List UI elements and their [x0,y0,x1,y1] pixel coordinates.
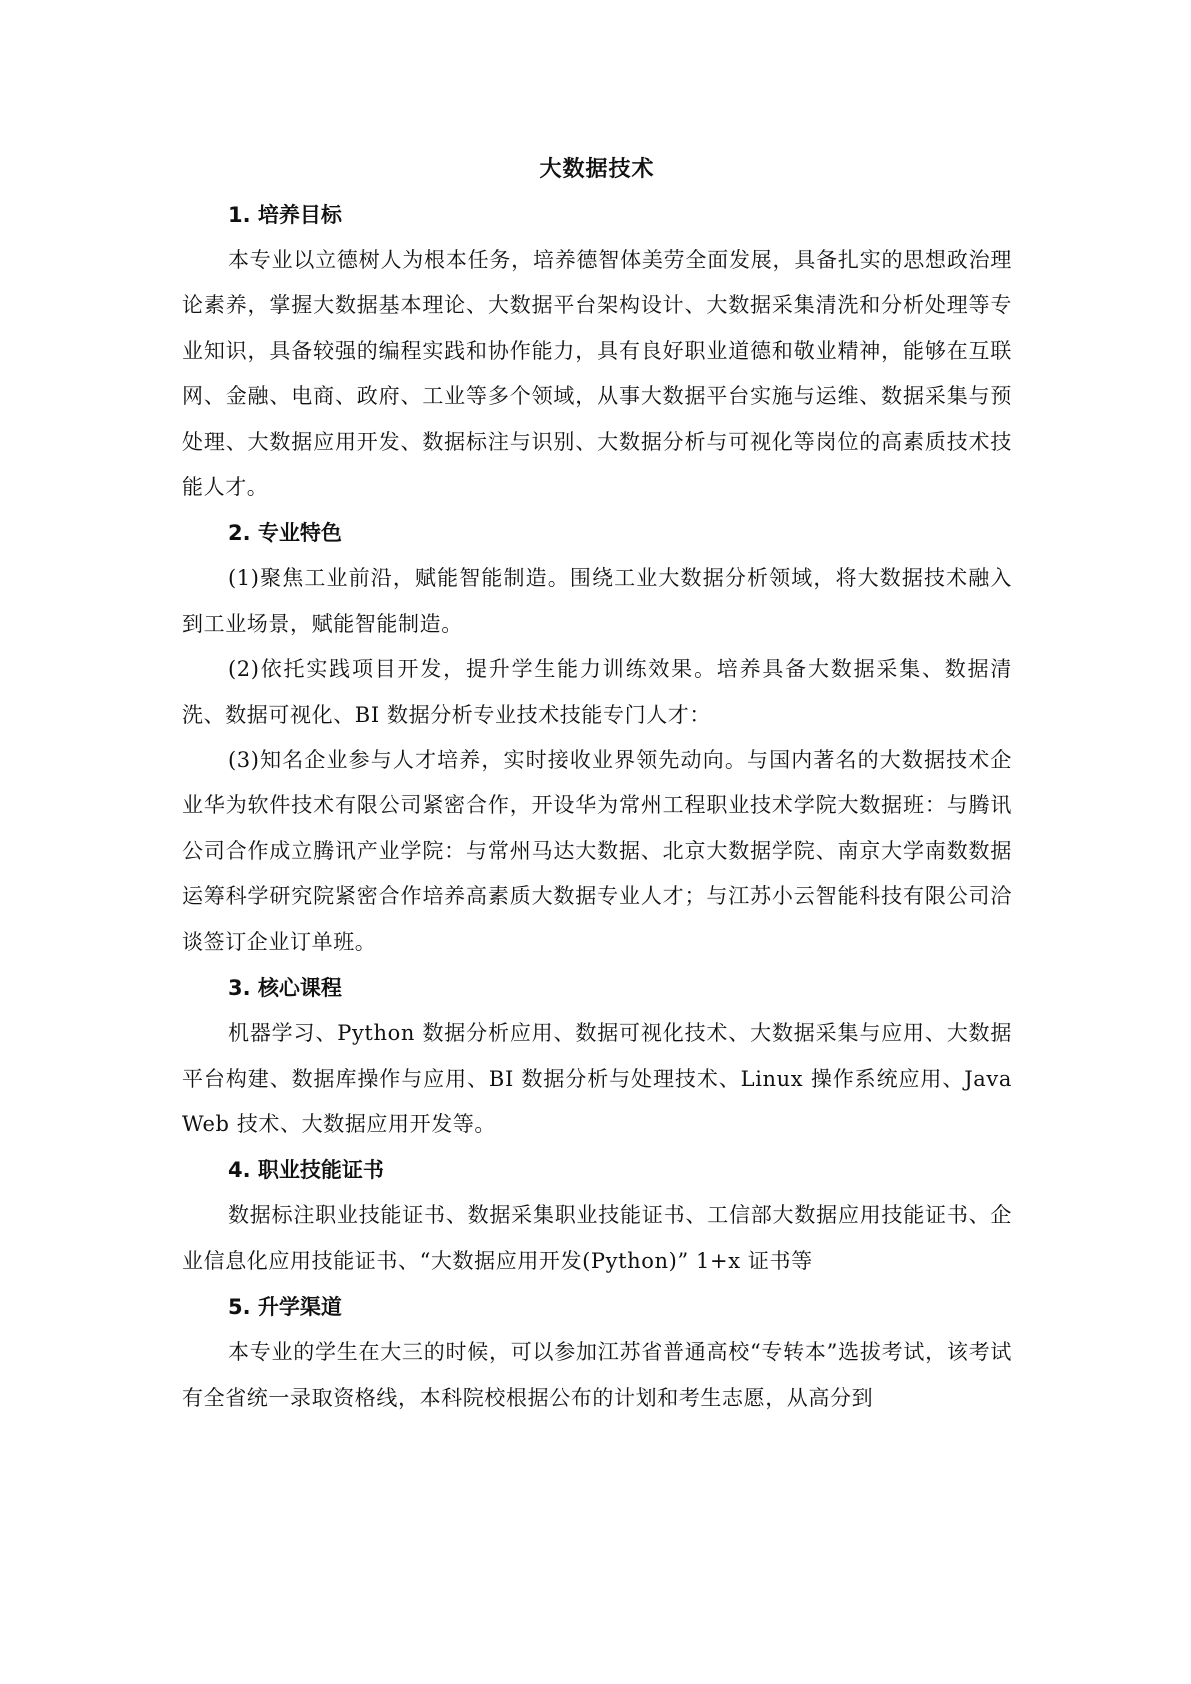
document-title: 大数据技术 [182,148,1012,192]
paragraph: 本专业以立德树人为根本任务，培养德智体美劳全面发展，具备扎实的思想政治理论素养，… [182,238,1012,510]
paragraph: (3)知名企业参与人才培养，实时接收业界领先动向。与国内著名的大数据技术企业华为… [182,738,1012,965]
paragraph: 机器学习、Python 数据分析应用、数据可视化技术、大数据采集与应用、大数据平… [182,1011,1012,1147]
document-page: 大数据技术 1. 培养目标 本专业以立德树人为根本任务，培养德智体美劳全面发展，… [182,148,1012,1421]
paragraph: 本专业的学生在大三的时候，可以参加江苏省普通高校“专转本”选拔考试，该考试有全省… [182,1330,1012,1421]
paragraph: 数据标注职业技能证书、数据采集职业技能证书、工信部大数据应用技能证书、企业信息化… [182,1193,1012,1284]
section-heading-core-courses: 3. 核心课程 [182,965,1012,1011]
section-heading-features: 2. 专业特色 [182,510,1012,556]
section-heading-further-study: 5. 升学渠道 [182,1284,1012,1330]
paragraph: (1)聚焦工业前沿，赋能智能制造。围绕工业大数据分析领域，将大数据技术融入到工业… [182,556,1012,647]
section-heading-training-goals: 1. 培养目标 [182,192,1012,238]
paragraph: (2)依托实践项目开发，提升学生能力训练效果。培养具备大数据采集、数据清洗、数据… [182,647,1012,738]
section-heading-certificates: 4. 职业技能证书 [182,1147,1012,1193]
